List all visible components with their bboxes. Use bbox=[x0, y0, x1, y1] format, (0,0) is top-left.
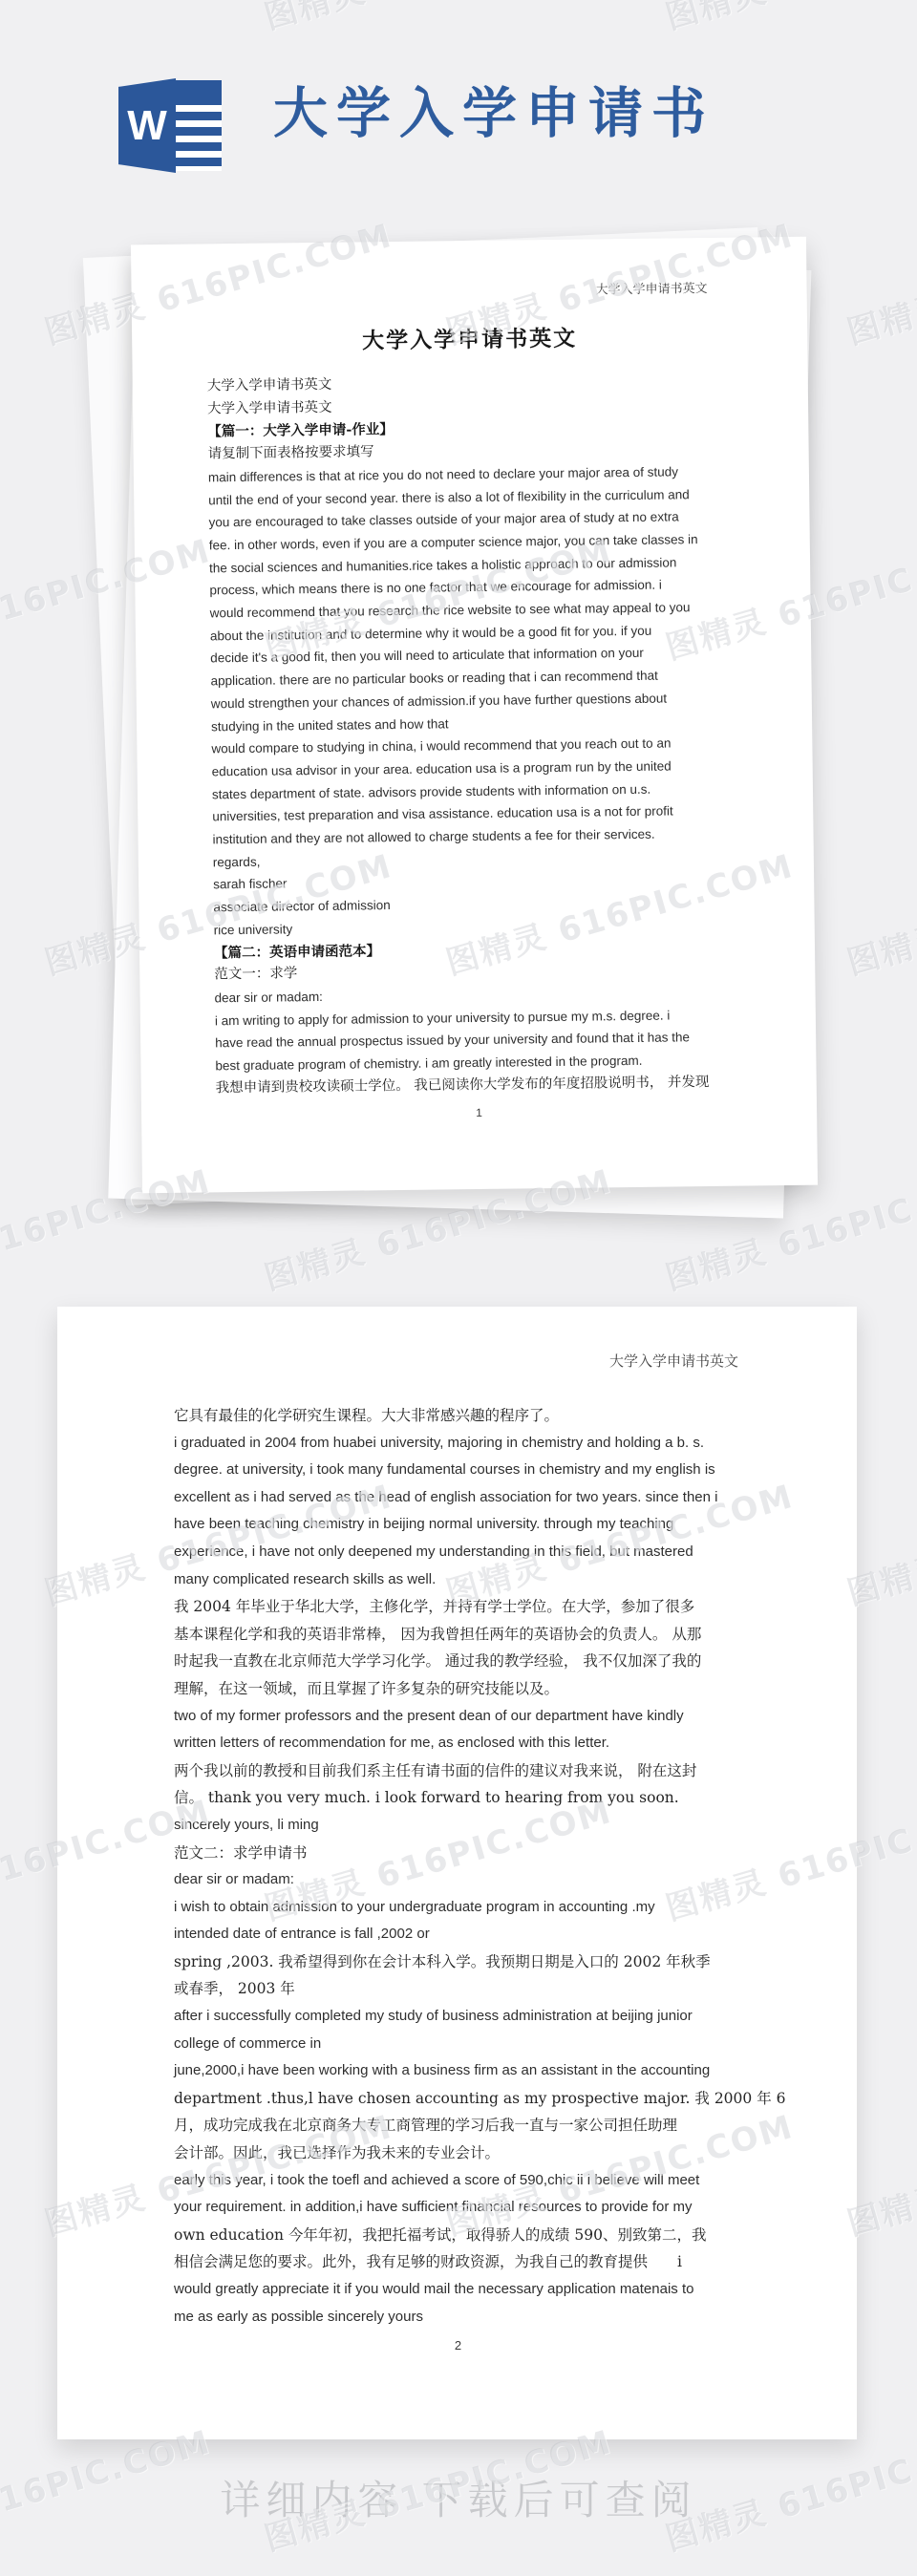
doc-line: two of my former professors and the pres… bbox=[174, 1703, 742, 1731]
doc-line: early this year, i took the toefl and ac… bbox=[174, 2167, 742, 2195]
document-page-1: 大学入学申请书英文 大学入学申请书英文 大学入学申请书英文大学入学申请书英文【篇… bbox=[131, 237, 818, 1194]
doc-body: 大学入学申请书英文大学入学申请书英文【篇一：大学入学申请-作业】请复制下面表格按… bbox=[207, 370, 742, 1100]
doc-line: 月，成功完成我在北京商务大专工商管理的学习后我一直与一家公司担任助理 bbox=[174, 2112, 742, 2140]
doc-line: 它具有最佳的化学研究生课程。大大非常感兴趣的程序了。 bbox=[174, 1402, 742, 1430]
doc-line: after i successfully completed my study … bbox=[174, 2003, 742, 2031]
doc-line: spring ,2003. 我希望得到你在会计本科入学。我预期日期是入口的 20… bbox=[174, 1948, 742, 1976]
word-icon-cover: W bbox=[118, 78, 176, 173]
page-number: 1 bbox=[216, 1102, 742, 1122]
word-icon: W bbox=[118, 78, 222, 173]
doc-line: degree. at university, i took many funda… bbox=[174, 1457, 742, 1484]
footer-note: 详细内容 下载后可查阅 bbox=[0, 2469, 917, 2526]
doc-line: 时起我一直教在北京师范大学学习化学。 通过我的教学经验， 我不仅加深了我的 bbox=[174, 1648, 742, 1675]
doc-line: 范文二：求学申请书 bbox=[174, 1840, 742, 1867]
doc-line: would greatly appreciate it if you would… bbox=[174, 2276, 742, 2304]
doc-line: 相信会满足您的要求。此外，我有足够的财政资源，为我自己的教育提供 i bbox=[174, 2248, 742, 2276]
site-watermark: 图精灵 616PIC.COM bbox=[842, 840, 917, 984]
doc-line: written letters of recommendation for me… bbox=[174, 1730, 742, 1757]
page-title: 大学入学申请书 bbox=[273, 60, 808, 167]
doc-line: june,2000,i have been working with a bus… bbox=[174, 2057, 742, 2085]
doc-line: me as early as possible sincerely yours bbox=[174, 2304, 742, 2331]
doc-header: 大学入学申请书英文 bbox=[205, 278, 732, 303]
doc-body: 它具有最佳的化学研究生课程。大大非常感兴趣的程序了。i graduated in… bbox=[174, 1402, 742, 2331]
doc-line: have been teaching chemistry in beijing … bbox=[174, 1511, 742, 1539]
word-icon-letter: W bbox=[127, 105, 167, 147]
doc-line: 理解，在这一领域，而且掌握了许多复杂的研究技能以及。 bbox=[174, 1675, 742, 1703]
doc-line: 或春季， 2003 年 bbox=[174, 1975, 742, 2003]
site-header: W 大学入学申请书 bbox=[0, 0, 917, 205]
site-watermark: 图精灵 616PIC.COM bbox=[842, 209, 917, 353]
paper-stack: 大学入学申请书英文 大学入学申请书英文 大学入学申请书英文大学入学申请书英文【篇… bbox=[137, 241, 812, 1189]
doc-line: i wish to obtain admission to your under… bbox=[174, 1894, 742, 1922]
doc-header: 大学入学申请书英文 bbox=[174, 1351, 742, 1371]
doc-line: department .thus,l have chosen accountin… bbox=[174, 2085, 742, 2113]
document-page-2: 大学入学申请书英文 它具有最佳的化学研究生课程。大大非常感兴趣的程序了。i gr… bbox=[57, 1307, 857, 2439]
doc-line: intended date of entrance is fall ,2002 … bbox=[174, 1921, 742, 1948]
doc-line: your requirement. in addition,i have suf… bbox=[174, 2194, 742, 2222]
doc-line: 基本课程化学和我的英语非常棒， 因为我曾担任两年的英语协会的负责人。 从那 bbox=[174, 1621, 742, 1649]
doc-line: 两个我以前的教授和目前我们系主任有请书面的信件的建议对我来说， 附在这封 bbox=[174, 1757, 742, 1785]
doc-line: i graduated in 2004 from huabei universi… bbox=[174, 1430, 742, 1458]
doc-line: college of commerce in bbox=[174, 2031, 742, 2058]
doc-line: dear sir or madam: bbox=[174, 1866, 742, 1894]
doc-line: own education 今年年初，我把托福考试，取得骄人的成绩 590、别致… bbox=[174, 2222, 742, 2249]
doc-line: sincerely yours, li ming bbox=[174, 1812, 742, 1840]
document-preview-canvas: W 大学入学申请书 大学入学申请书英文 大学入学申请书英文 大学入学申请书英文大… bbox=[0, 0, 917, 2576]
doc-title: 大学入学申请书英文 bbox=[206, 319, 733, 357]
doc-line: 我 2004 年毕业于华北大学，主修化学，并持有学士学位。在大学，参加了很多 bbox=[174, 1593, 742, 1621]
page-number: 2 bbox=[174, 2338, 742, 2352]
doc-line: experience, i have not only deepened my … bbox=[174, 1539, 742, 1566]
doc-line: 会计部。因此，我已选择作为我未来的专业会计。 bbox=[174, 2140, 742, 2167]
doc-line: many complicated research skills as well… bbox=[174, 1566, 742, 1594]
doc-line: excellent as i had served as the head of… bbox=[174, 1484, 742, 1512]
doc-line: 信。 thank you very much. i look forward t… bbox=[174, 1784, 742, 1812]
